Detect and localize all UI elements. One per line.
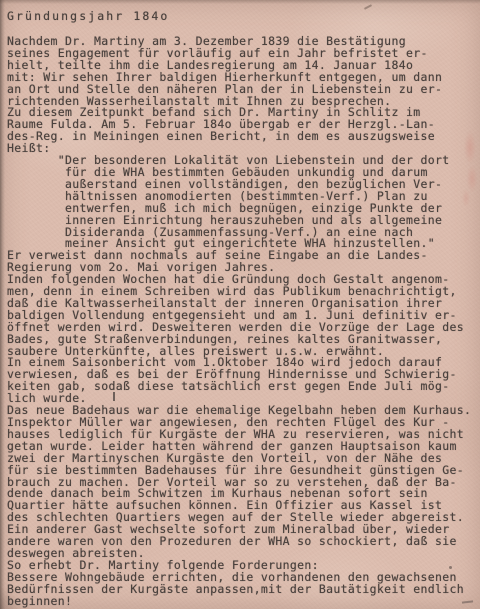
document-title: Gründungsjahr 184o xyxy=(7,10,169,22)
scan-artifact-top-mark xyxy=(364,4,372,10)
document-body-text: Nachdem Dr. Martiny am 3. Dezember 1839 … xyxy=(7,36,471,608)
scanned-document-page: Gründungsjahr 184o Nachdem Dr. Martiny a… xyxy=(0,0,480,609)
